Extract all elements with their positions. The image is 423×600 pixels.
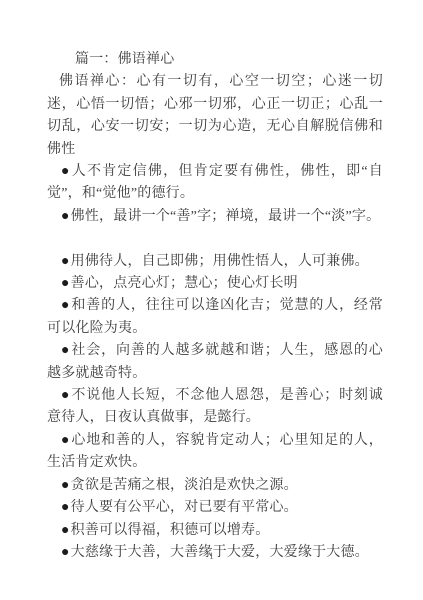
bullet-paragraph: ●积善可以得福，积德可以增寿。	[47, 520, 383, 542]
bullet-icon: ●	[61, 298, 70, 313]
bullet-icon: ●	[61, 276, 70, 291]
bullet-icon: ●	[61, 254, 70, 269]
bullet-icon: ●	[61, 500, 70, 515]
bullet-paragraph: ●善心，点亮心灯；慧心；使心灯长明	[47, 273, 383, 295]
paragraph-text: 心地和善的人，容貌肯定动人；心里知足的人，生活肯定欢快。	[47, 433, 383, 470]
bullet-icon: ●	[61, 343, 70, 358]
bullet-icon: ●	[61, 164, 71, 179]
bullet-paragraph: ●和善的人，往往可以逢凶化吉；觉慧的人，经常可以化险为夷。	[47, 295, 383, 340]
paragraph-text: 佛语禅心：心有一切有，心空一切空；心迷一切迷，心悟一切悟；心邪一切邪，心正一切正…	[47, 74, 383, 156]
page-title: 篇一：佛语禅心	[47, 49, 383, 71]
paragraph-list: 佛语禅心：心有一切有，心空一切空；心迷一切迷，心悟一切悟；心邪一切邪，心正一切正…	[47, 71, 383, 564]
document-page: 篇一：佛语禅心 佛语禅心：心有一切有，心空一切空；心迷一切迷，心悟一切悟；心邪一…	[0, 0, 423, 600]
paragraph-text: 人不肯定信佛，但肯定要有佛性，佛性，即“自觉”，和“觉他”的德行。	[47, 164, 383, 201]
paragraph-text: 积善可以得福，积德可以增寿。	[71, 523, 270, 538]
paragraph-text: 贪欲是苦痛之根，淡泊是欢快之源。	[71, 478, 298, 493]
paragraph-text: 不说他人长短，不念他人恩怨，是善心；时刻诚意待人，日夜认真做事，是懿行。	[47, 388, 383, 425]
intro-paragraph: 佛语禅心：心有一切有，心空一切空；心迷一切迷，心悟一切悟；心邪一切邪，心正一切正…	[47, 71, 383, 161]
bullet-paragraph: ●人不肯定信佛，但肯定要有佛性，佛性，即“自觉”，和“觉他”的德行。	[47, 161, 383, 206]
paragraph-text: 佛性，最讲一个“善”字；禅境，最讲一个“淡”字。	[71, 209, 381, 224]
bullet-icon: ●	[61, 433, 70, 448]
bullet-paragraph: ●佛性，最讲一个“善”字；禅境，最讲一个“淡”字。	[47, 206, 383, 228]
paragraph-spacer	[47, 228, 383, 250]
paragraph-text: 社会，向善的人越多就越和谐；人生，感恩的心越多就越奇特。	[47, 343, 383, 380]
bullet-icon: ●	[61, 388, 70, 403]
paragraph-text: 善心，点亮心灯；慧心；使心灯长明	[71, 276, 298, 291]
bullet-paragraph: ●社会，向善的人越多就越和谐；人生，感恩的心越多就越奇特。	[47, 340, 383, 385]
page-number: 1	[0, 550, 423, 562]
paragraph-text: 用佛待人，自己即佛；用佛性悟人，人可兼佛。	[71, 254, 369, 269]
paragraph-text: 待人要有公平心，对已要有平常心。	[71, 500, 298, 515]
paragraph-text: 和善的人，往往可以逢凶化吉；觉慧的人，经常可以化险为夷。	[47, 298, 383, 335]
bullet-paragraph: ●用佛待人，自己即佛；用佛性悟人，人可兼佛。	[47, 251, 383, 273]
bullet-paragraph: ●贪欲是苦痛之根，淡泊是欢快之源。	[47, 475, 383, 497]
bullet-paragraph: ●不说他人长短，不念他人恩怨，是善心；时刻诚意待人，日夜认真做事，是懿行。	[47, 385, 383, 430]
bullet-paragraph: ●待人要有公平心，对已要有平常心。	[47, 497, 383, 519]
bullet-icon: ●	[61, 478, 70, 493]
bullet-icon: ●	[61, 209, 70, 224]
bullet-paragraph: ●心地和善的人，容貌肯定动人；心里知足的人，生活肯定欢快。	[47, 430, 383, 475]
bullet-icon: ●	[61, 523, 70, 538]
